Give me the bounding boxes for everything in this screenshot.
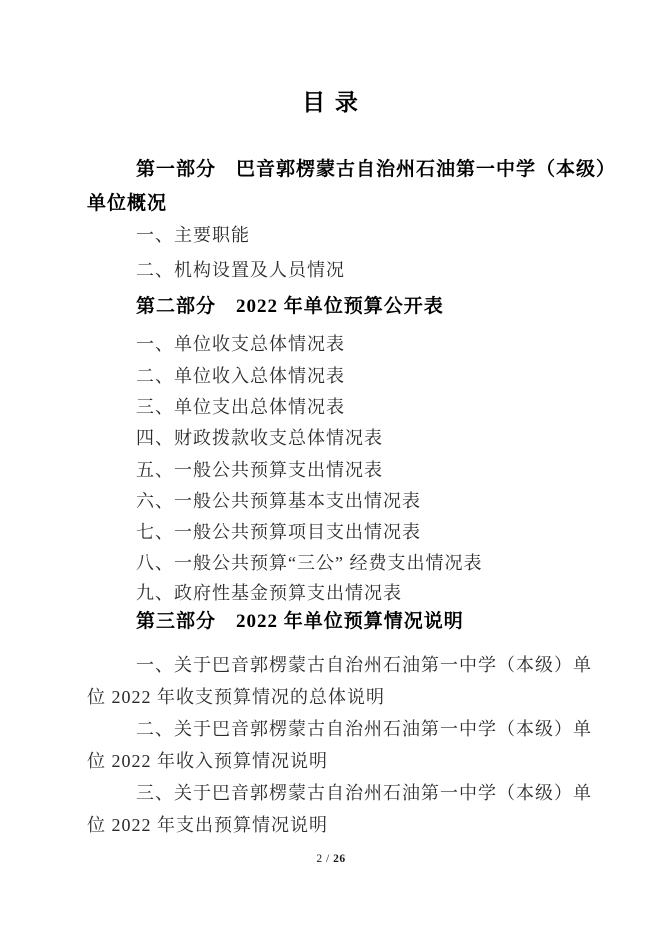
toc-entry-part2-item8: 八、一般公共预算“三公” 经费支出情况表 bbox=[136, 551, 482, 575]
page-number-total: 26 bbox=[333, 853, 346, 865]
document-page: 目 录 第一部分 巴音郭楞蒙古自治州石油第一中学（本级） 单位概况 一、主要职能… bbox=[0, 0, 662, 936]
part1-heading-line2: 单位概况 bbox=[87, 192, 167, 216]
toc-entry-part2-item9: 九、政府性基金预算支出情况表 bbox=[136, 581, 402, 605]
page-number: 2 / 26 bbox=[0, 853, 662, 865]
part3-heading: 第三部分 2022 年单位预算情况说明 bbox=[136, 610, 464, 634]
part2-heading: 第二部分 2022 年单位预算公开表 bbox=[136, 295, 444, 319]
toc-entry-part3-item1-line2: 位 2022 年收支预算情况的总体说明 bbox=[87, 685, 385, 709]
toc-entry-part2-item5: 五、一般公共预算支出情况表 bbox=[136, 458, 383, 482]
toc-entry-part3-item1-line1: 一、关于巴音郭楞蒙古自治州石油第一中学（本级）单 bbox=[136, 653, 592, 677]
toc-entry-part1-item1: 一、主要职能 bbox=[136, 223, 250, 247]
toc-entry-part3-item2-line1: 二、关于巴音郭楞蒙古自治州石油第一中学（本级）单 bbox=[136, 717, 592, 741]
toc-entry-part2-item4: 四、财政拨款收支总体情况表 bbox=[136, 426, 383, 450]
toc-entry-part2-item3: 三、单位支出总体情况表 bbox=[136, 395, 345, 419]
toc-entry-part2-item1: 一、单位收支总体情况表 bbox=[136, 332, 345, 356]
page-title: 目 录 bbox=[0, 84, 662, 117]
toc-entry-part3-item3-line1: 三、关于巴音郭楞蒙古自治州石油第一中学（本级）单 bbox=[136, 781, 592, 805]
toc-entry-part2-item2: 二、单位收入总体情况表 bbox=[136, 364, 345, 388]
toc-entry-part2-item7: 七、一般公共预算项目支出情况表 bbox=[136, 520, 421, 544]
toc-entry-part3-item2-line2: 位 2022 年收入预算情况说明 bbox=[87, 749, 328, 773]
toc-entry-part1-item2: 二、机构设置及人员情况 bbox=[136, 258, 345, 282]
toc-entry-part3-item3-line2: 位 2022 年支出预算情况说明 bbox=[87, 813, 328, 837]
page-number-separator: / bbox=[323, 853, 333, 865]
toc-entry-part2-item6: 六、一般公共预算基本支出情况表 bbox=[136, 489, 421, 513]
part1-heading-line1: 第一部分 巴音郭楞蒙古自治州石油第一中学（本级） bbox=[136, 158, 616, 182]
